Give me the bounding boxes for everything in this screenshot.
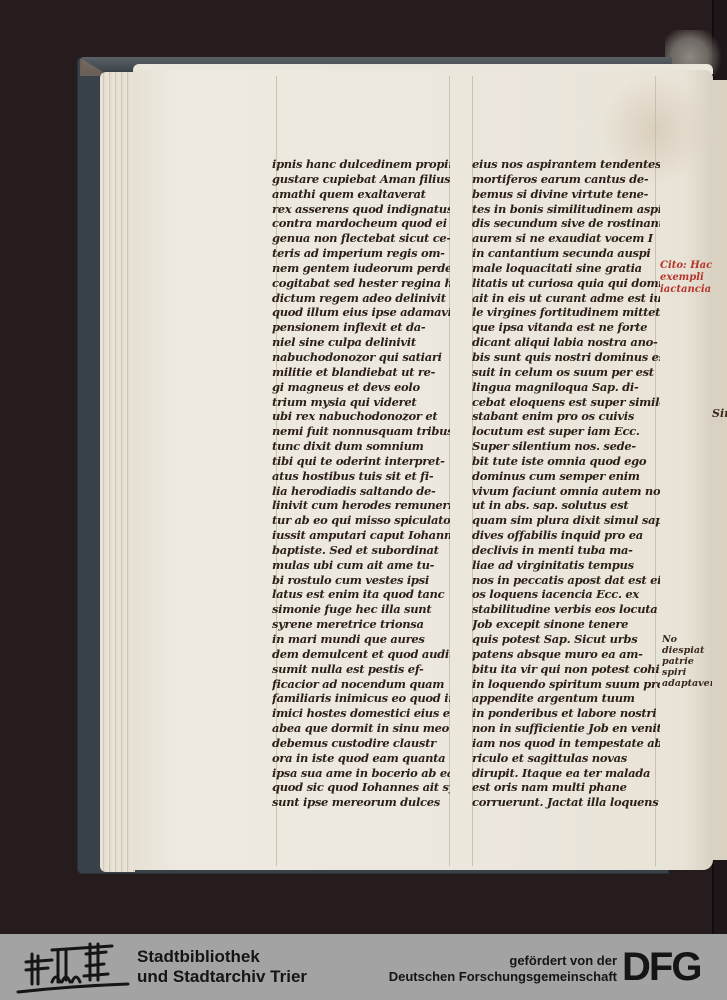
manuscript-line: est oris nam multi phane: [472, 780, 660, 795]
manuscript-line: mortiferos earum cantus de-: [472, 172, 660, 187]
institution-line-1: Stadtbibliothek: [137, 947, 307, 967]
manuscript-line: bit tute iste omnia quod ego: [472, 454, 660, 469]
manuscript-line: nabuchodonozor qui satiari: [272, 350, 450, 365]
funding-line-1: gefördert von der: [389, 953, 617, 969]
manuscript-line: male loquacitati sine gratia: [472, 261, 660, 276]
manuscript-line: litatis ut curiosa quia qui dominus: [472, 276, 660, 291]
manuscript-line: ipnis hanc dulcedinem propinq: [272, 157, 450, 172]
manuscript-line: dis secundum sive de rostinantis: [472, 216, 660, 231]
manuscript-line: dem demulcent et quod audit: [272, 647, 450, 662]
manuscript-line: in ponderibus et labore nostri: [472, 706, 660, 721]
rubric-line: exempli: [660, 272, 712, 284]
manuscript-line: gi magneus et devs eolo: [272, 380, 450, 395]
manuscript-line: cebat eloquens est super similem: [472, 395, 660, 410]
manuscript-line: non in sufficientie Job en venit: [472, 721, 660, 736]
manuscript-line: pensionem inflexit et da-: [272, 320, 450, 335]
manuscript-line: ut in abs. sap. solutus est: [472, 498, 660, 513]
manuscript-line: quod sic quod Iohannes ait syrene: [272, 780, 450, 795]
manuscript-line: stabant enim pro os cuivis: [472, 409, 660, 424]
manuscript-line: contra mardocheum quod ei: [272, 216, 450, 231]
manuscript-line: linivit cum herodes remuneri-: [272, 498, 450, 513]
manuscript-line: in loquendo spiritum suum prout quia: [472, 677, 660, 692]
footer-banner: Stadtbibliothek und Stadtarchiv Trier ge…: [0, 934, 727, 1000]
margin-note-lower: No diespiat patrie spiri adaptavem: [662, 634, 712, 689]
manuscript-line: dictum regem adeo delinivit: [272, 291, 450, 306]
manuscript-line: cogitabat sed hester regina hester-: [272, 276, 450, 291]
manuscript-line: teris ad imperium regis om-: [272, 246, 450, 261]
text-column-left: ipnis hanc dulcedinem propinqgustare cup…: [272, 157, 450, 817]
manuscript-line: imici hostes domestici eius et: [272, 706, 450, 721]
manuscript-line: tibi qui te oderint interpret-: [272, 454, 450, 469]
manuscript-line: amathi quem exaltaverat: [272, 187, 450, 202]
margin-note-line: patrie spiri: [662, 656, 712, 678]
manuscript-line: syrene meretrice trionsa: [272, 617, 450, 632]
manuscript-line: trium mysia qui videret: [272, 395, 450, 410]
manuscript-line: os loquens iacencia Ecc. ex: [472, 587, 660, 602]
rubric-line: iactancia: [660, 284, 712, 296]
manuscript-line: tunc dixit dum somnium: [272, 439, 450, 454]
rubric-line: Cito: Hac: [660, 260, 712, 272]
rubric-margin-note: Cito: Hac exempli iactancia: [660, 260, 712, 296]
manuscript-line: bitu ita vir qui non potest cohibe: [472, 662, 660, 677]
manuscript-line: quam sim plura dixit simul sap.: [472, 513, 660, 528]
page-edges-stack: [100, 72, 135, 872]
dfg-logo: DFG: [622, 942, 700, 992]
manuscript-line: lia herodiadis saltando de-: [272, 484, 450, 499]
manuscript-line: bi rostulo cum vestes ipsi: [272, 573, 450, 588]
manuscript-line: le virgines fortitudinem mittet: [472, 305, 660, 320]
manuscript-line: quod illum eius ipse adamavit suspen-: [272, 305, 450, 320]
manuscript-line: liae ad virginitatis tempus: [472, 558, 660, 573]
manuscript-line: latus est enim ita quod tanc: [272, 587, 450, 602]
manuscript-line: bemus si divine virtute tene-: [472, 187, 660, 202]
margin-fragment-facing-page: Sim: [712, 408, 727, 419]
manuscript-line: abea que dormit in sinu meo: [272, 721, 450, 736]
manuscript-line: simonie fuge hec illa sunt: [272, 602, 450, 617]
manuscript-line: in cantantium secunda auspi: [472, 246, 660, 261]
manuscript-line: Job excepit sinone tenere: [472, 617, 660, 632]
manuscript-line: mulas ubi cum ait ame tu-: [272, 558, 450, 573]
manuscript-line: suit in celum os suum per est: [472, 365, 660, 380]
manuscript-line: iam nos quod in tempestate absque spi-: [472, 736, 660, 751]
institution-name: Stadtbibliothek und Stadtarchiv Trier: [137, 947, 307, 987]
manuscript-line: tur ab eo qui misso spiculatore: [272, 513, 450, 528]
manuscript-line: quis potest Sap. Sicut urbs: [472, 632, 660, 647]
manuscript-line: bis sunt quis nostri dominus est. po-: [472, 350, 660, 365]
manuscript-line: nem gentem iudeorum perdere: [272, 261, 450, 276]
manuscript-line: aurem si ne exaudiat vocem I: [472, 231, 660, 246]
manuscript-line: appendite argentum tuum: [472, 691, 660, 706]
institution-line-2: und Stadtarchiv Trier: [137, 967, 307, 987]
manuscript-line: eius nos aspirantem tendentes: [472, 157, 660, 172]
manuscript-line: gustare cupiebat Aman filius: [272, 172, 450, 187]
manuscript-line: sumit nulla est pestis ef-: [272, 662, 450, 677]
manuscript-line: patens absque muro ea am-: [472, 647, 660, 662]
manuscript-line: ficacior ad nocendum quam: [272, 677, 450, 692]
manuscript-line: dirupit. Itaque ea ter malada: [472, 766, 660, 781]
manuscript-line: in mari mundi que aures: [272, 632, 450, 647]
manuscript-line: dicant aliqui labia nostra ano-: [472, 335, 660, 350]
manuscript-line: niel sine culpa delinivit: [272, 335, 450, 350]
manuscript-line: dives offabilis inquid pro ea: [472, 528, 660, 543]
manuscript-line: stabilitudine verbis eos locuta: [472, 602, 660, 617]
margin-note-line: No diespiat: [662, 634, 712, 656]
manuscript-line: iussit amputari caput Iohannis: [272, 528, 450, 543]
manuscript-line: vivum faciunt omnia autem non: [472, 484, 660, 499]
manuscript-line: lingua magniloqua Sap. di-: [472, 380, 660, 395]
manuscript-line: locutum est super iam Ecc.: [472, 424, 660, 439]
funding-statement: gefördert von der Deutschen Forschungsge…: [389, 953, 617, 985]
manuscript-line: ipsa sua ame in bocerio ab ea: [272, 766, 450, 781]
manuscript-line: Super silentium nos. sede-: [472, 439, 660, 454]
manuscript-line: ubi rex nabuchodonozor et: [272, 409, 450, 424]
manuscript-line: ait in eis ut curant adme est iu-: [472, 291, 660, 306]
manuscript-line: ora in iste quod eam quanta: [272, 751, 450, 766]
manuscript-line: militie et blandiebat ut re-: [272, 365, 450, 380]
manuscript-line: rex asserens quod indignatus: [272, 202, 450, 217]
manuscript-line: riculo et sagittulas novas: [472, 751, 660, 766]
manuscript-line: corruerunt. Jactat illa loquens: [472, 795, 660, 810]
text-column-right: eius nos aspirantem tendentesmortiferos …: [472, 157, 660, 817]
funding-line-2: Deutschen Forschungsgemeinschaft: [389, 969, 617, 985]
manuscript-line: atus hostibus tuis sit et fi-: [272, 469, 450, 484]
manuscript-line: declivis in menti tuba ma-: [472, 543, 660, 558]
manuscript-line: sunt ipse mereorum dulces: [272, 795, 450, 810]
manuscript-line: baptiste. Sed et subordinat: [272, 543, 450, 558]
margin-note-line: adaptavem: [662, 678, 712, 689]
manuscript-line: tes in bonis similitudinem aspi: [472, 202, 660, 217]
manuscript-line: nemi fuit nonnusquam tribus: [272, 424, 450, 439]
manuscript-line: familiaris inimicus eo quod in-: [272, 691, 450, 706]
manuscript-line: nos in peccatis apost dat est ei: [472, 573, 660, 588]
stadtbibliothek-trier-logo: [12, 940, 132, 996]
manuscript-line: debemus custodire claustr: [272, 736, 450, 751]
manuscript-line: dominus cum semper enim: [472, 469, 660, 484]
manuscript-line: genua non flectebat sicut ce-: [272, 231, 450, 246]
manuscript-line: que ipsa vitanda est ne forte: [472, 320, 660, 335]
